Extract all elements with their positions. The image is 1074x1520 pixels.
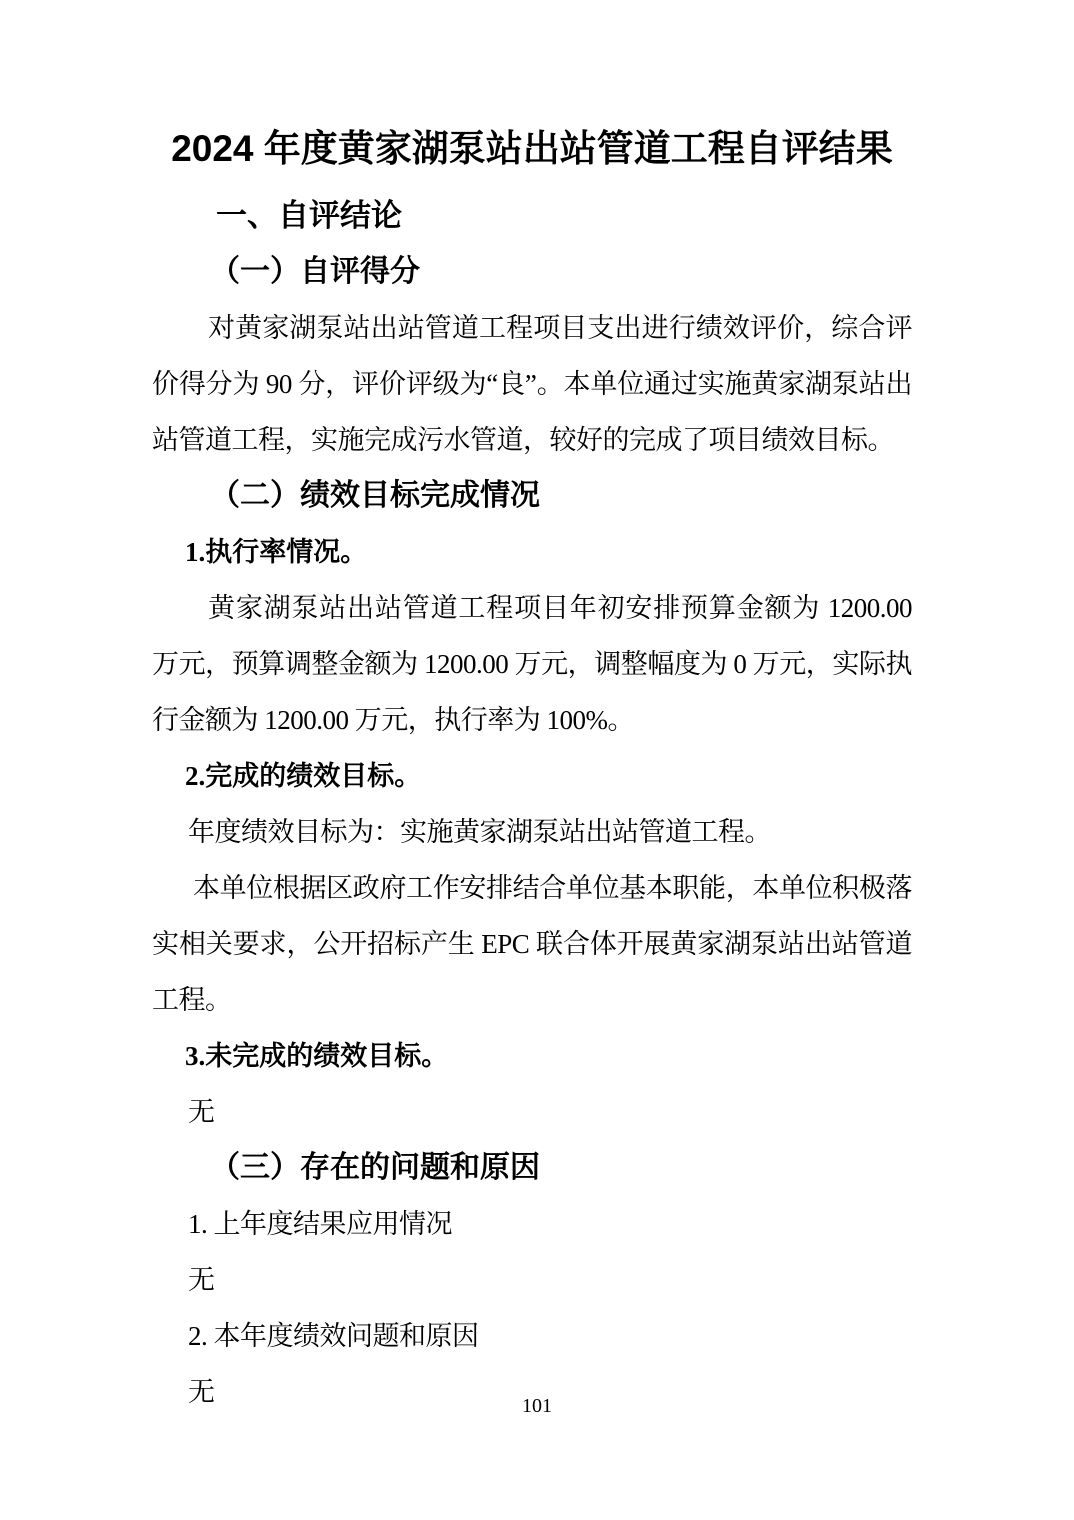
document-title: 2024 年度黄家湖泵站出站管道工程自评结果 (152, 120, 912, 178)
document-body: 2024 年度黄家湖泵站出站管道工程自评结果 一、自评结论 （一）自评得分 对黄… (152, 120, 912, 1420)
subsection-heading-problems-and-causes: （三）存在的问题和原因 (152, 1140, 912, 1196)
paragraph-annual-performance-target: 年度绩效目标为：实施黄家湖泵站出站管道工程。 (152, 804, 912, 860)
item-heading-uncompleted-targets: 3.未完成的绩效目标。 (152, 1028, 912, 1084)
paragraph-uncompleted-targets-none: 无 (152, 1084, 912, 1140)
paragraph-self-evaluation-score: 对黄家湖泵站出站管道工程项目支出进行绩效评价，综合评价得分为 90 分，评价评级… (152, 300, 912, 468)
document-page: 2024 年度黄家湖泵站出站管道工程自评结果 一、自评结论 （一）自评得分 对黄… (0, 0, 1074, 1520)
subsection-heading-performance-target-completion: （二）绩效目标完成情况 (152, 468, 912, 524)
paragraph-epc-implementation: 本单位根据区政府工作安排结合单位基本职能，本单位积极落实相关要求，公开招标产生 … (152, 860, 912, 1028)
item-heading-execution-rate: 1.执行率情况。 (152, 524, 912, 580)
item-heading-current-year-performance-problems: 2. 本年度绩效问题和原因 (152, 1308, 912, 1364)
item-heading-completed-targets: 2.完成的绩效目标。 (152, 748, 912, 804)
page-number: 101 (0, 1392, 1074, 1420)
paragraph-execution-rate: 黄家湖泵站出站管道工程项目年初安排预算金额为 1200.00 万元，预算调整金额… (152, 580, 912, 748)
item-heading-previous-year-result-application: 1. 上年度结果应用情况 (152, 1196, 912, 1252)
section-heading-self-evaluation-conclusion: 一、自评结论 (152, 188, 912, 244)
paragraph-previous-year-none: 无 (152, 1252, 912, 1308)
subsection-heading-self-evaluation-score: （一）自评得分 (152, 244, 912, 300)
